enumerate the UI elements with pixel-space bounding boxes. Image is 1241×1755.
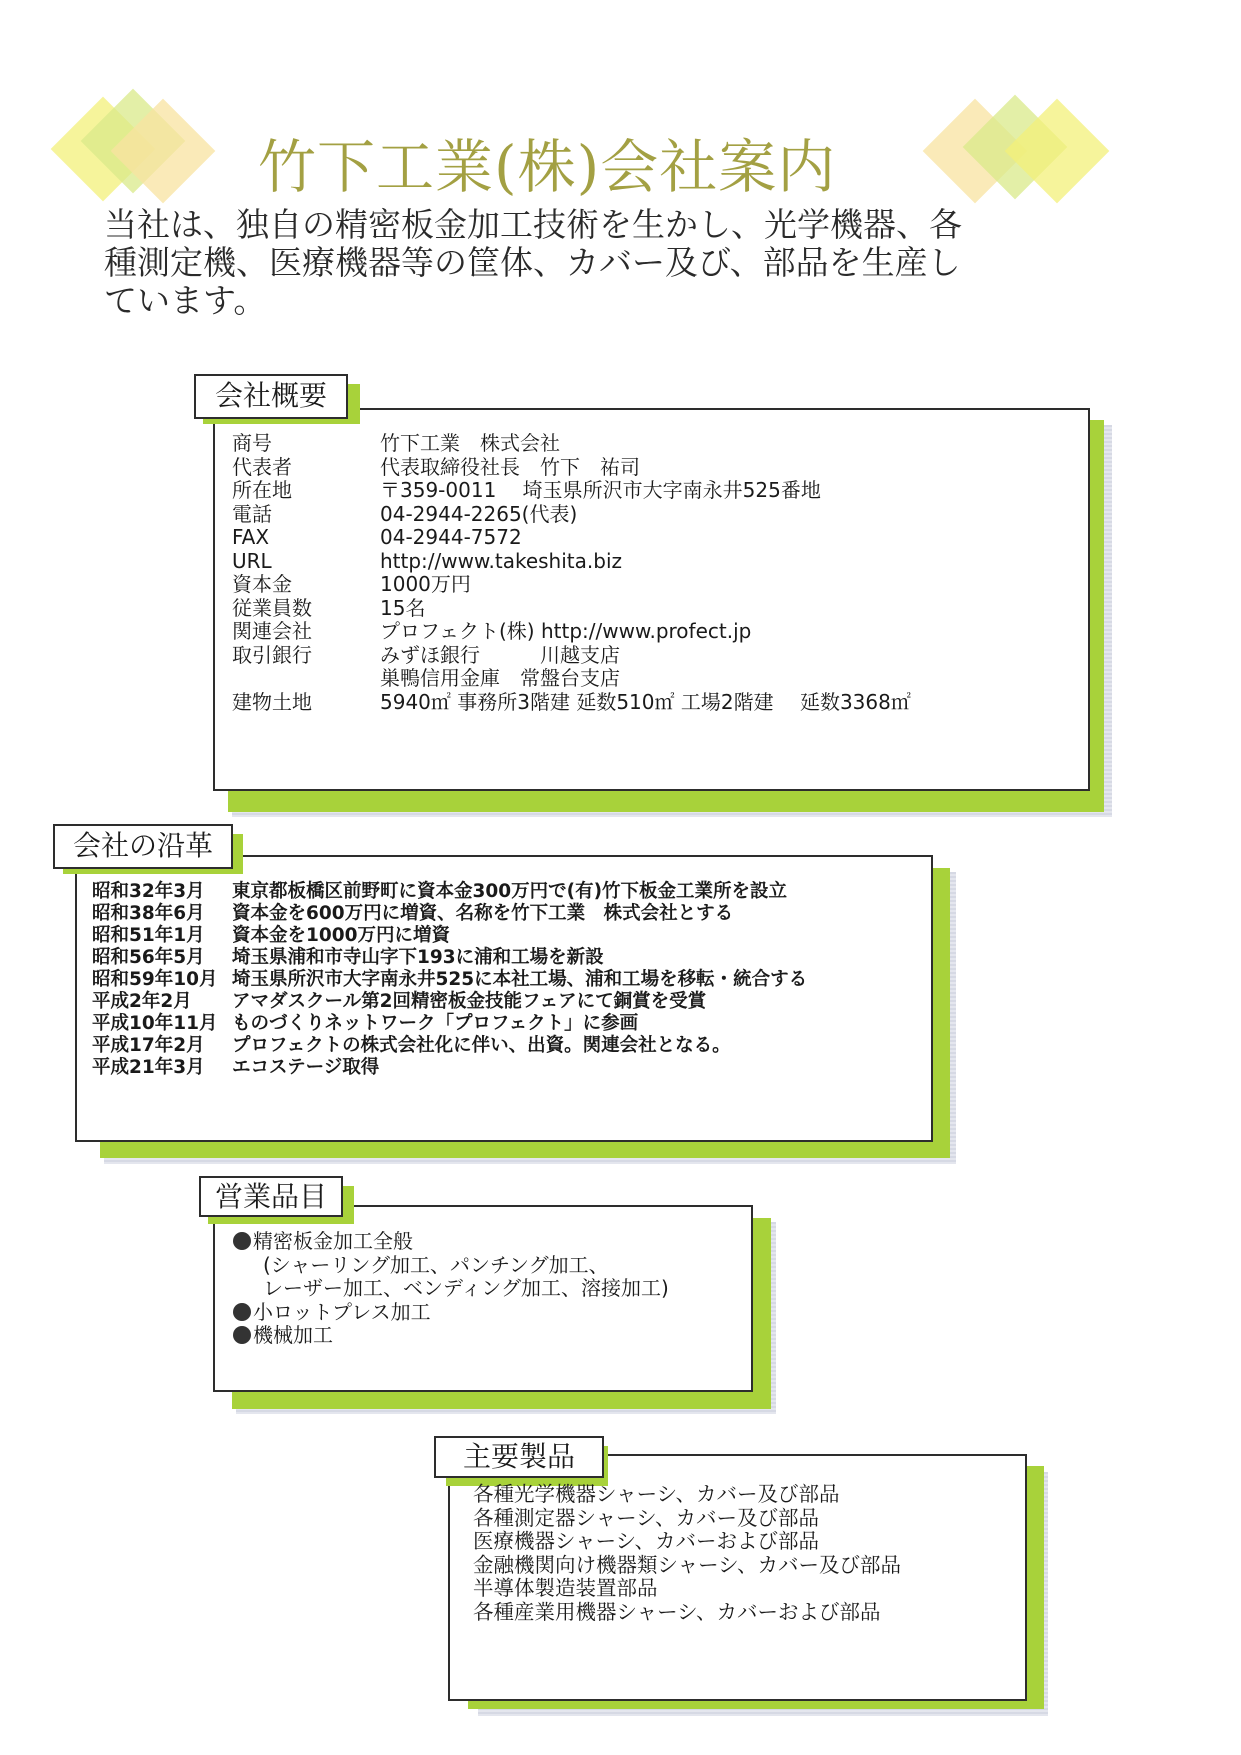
history-date: 平成2年2月 — [92, 991, 232, 1013]
info-row: 巣鴨信用金庫 常盤台支店 — [232, 667, 911, 691]
info-row: 資本金1000万円 — [232, 573, 911, 597]
history-date: 平成17年2月 — [92, 1035, 232, 1057]
history-event: アマダスクール第2回精密板金技能フェアにて銅賞を受賞 — [232, 991, 706, 1013]
business-item-detail: (シャーリング加工、パンチング加工、 — [233, 1254, 669, 1278]
main-products-list: 各種光学機器シャーシ、カバー及び部品 各種測定器シャーシ、カバー及び部品 医療機… — [473, 1483, 901, 1624]
page-title: 竹下工業(株)会社案内 — [258, 120, 836, 204]
intro-line: 当社は、独自の精密板金加工技術を生かし、光学機器、各 — [104, 206, 1064, 244]
diamond-ornament-left — [52, 96, 212, 206]
history-row: 昭和56年5月埼玉県浦和市寺山字下193に浦和工場を新設 — [92, 947, 807, 969]
info-key: 電話 — [232, 503, 380, 527]
section-heading-company-overview: 会社概要 — [194, 374, 348, 419]
history-row: 昭和38年6月資本金を600万円に増資、名称を竹下工業 株式会社とする — [92, 903, 807, 925]
info-key: 建物土地 — [232, 691, 380, 715]
info-value: 15名 — [380, 597, 425, 621]
history-row: 昭和51年1月資本金を1000万円に増資 — [92, 925, 807, 947]
bullet-circle-icon — [233, 1326, 251, 1344]
info-key: FAX — [232, 526, 380, 550]
history-date: 平成21年3月 — [92, 1057, 232, 1079]
info-value: 5940㎡ 事務所3階建 延数510㎡ 工場2階建 延数3368㎡ — [380, 691, 911, 715]
intro-line: 種測定機、医療機器等の筐体、カバー及び、部品を生産し — [104, 244, 1064, 282]
info-row: FAX04-2944-7572 — [232, 526, 911, 550]
company-url-link[interactable]: http://www.takeshita.biz — [380, 550, 622, 574]
info-key: 代表者 — [232, 456, 380, 480]
history-date: 昭和38年6月 — [92, 903, 232, 925]
info-row: 取引銀行みずほ銀行 川越支店 — [232, 644, 911, 668]
info-key: URL — [232, 550, 380, 574]
info-row: URLhttp://www.takeshita.biz — [232, 550, 911, 574]
info-key: 商号 — [232, 432, 380, 456]
history-date: 昭和59年10月 — [92, 969, 232, 991]
history-row: 昭和59年10月埼玉県所沢市大字南永井525に本社工場、浦和工場を移転・統合する — [92, 969, 807, 991]
product-item: 金融機関向け機器類シャーシ、カバー及び部品 — [473, 1554, 901, 1578]
section-heading-business-items: 営業品目 — [199, 1176, 343, 1217]
info-value: みずほ銀行 川越支店 — [380, 644, 620, 668]
history-event: 東京都板橋区前野町に資本金300万円で(有)竹下板金工業所を設立 — [232, 881, 787, 903]
business-item-detail: レーザー加工、ベンディング加工、溶接加工) — [233, 1277, 669, 1301]
info-row: 所在地〒359-0011 埼玉県所沢市大字南永井525番地 — [232, 479, 911, 503]
business-item: 精密板金加工全般 — [233, 1230, 669, 1254]
related-company-value: プロフェクト(株) http://www.profect.jp — [380, 620, 751, 644]
info-value: 代表取締役社長 竹下 祐司 — [380, 456, 640, 480]
info-value: 04-2944-2265(代表) — [380, 503, 577, 527]
product-item: 各種測定器シャーシ、カバー及び部品 — [473, 1507, 901, 1531]
info-value: 04-2944-7572 — [380, 526, 522, 550]
info-row: 建物土地5940㎡ 事務所3階建 延数510㎡ 工場2階建 延数3368㎡ — [232, 691, 911, 715]
history-event: 埼玉県所沢市大字南永井525に本社工場、浦和工場を移転・統合する — [232, 969, 807, 991]
info-value: 巣鴨信用金庫 常盤台支店 — [380, 667, 620, 691]
history-event: プロフェクトの株式会社化に伴い、出資。関連会社となる。 — [232, 1035, 731, 1057]
history-event: 埼玉県浦和市寺山字下193に浦和工場を新設 — [232, 947, 604, 969]
bullet-circle-icon — [233, 1303, 251, 1321]
bullet-circle-icon — [233, 1232, 251, 1250]
history-row: 平成17年2月 プロフェクトの株式会社化に伴い、出資。関連会社となる。 — [92, 1035, 807, 1057]
history-date: 昭和56年5月 — [92, 947, 232, 969]
history-row: 平成10年11月ものづくりネットワーク「プロフェクト」に参画 — [92, 1013, 807, 1035]
info-key: 所在地 — [232, 479, 380, 503]
section-heading-history: 会社の沿革 — [53, 824, 233, 869]
intro-line: ています。 — [104, 282, 1064, 320]
intro-paragraph: 当社は、独自の精密板金加工技術を生かし、光学機器、各 種測定機、医療機器等の筐体… — [104, 206, 1064, 320]
info-row: 従業員数15名 — [232, 597, 911, 621]
company-overview-table: 商号竹下工業 株式会社 代表者代表取締役社長 竹下 祐司 所在地〒359-001… — [232, 432, 911, 714]
product-item: 各種光学機器シャーシ、カバー及び部品 — [473, 1483, 901, 1507]
history-date: 平成10年11月 — [92, 1013, 232, 1035]
history-date: 昭和32年3月 — [92, 881, 232, 903]
info-key — [232, 667, 380, 691]
business-item: 機械加工 — [233, 1324, 669, 1348]
diamond-ornament-right — [920, 96, 1080, 206]
business-item: 小ロットプレス加工 — [233, 1301, 669, 1325]
info-row: 電話04-2944-2265(代表) — [232, 503, 911, 527]
section-heading-main-products: 主要製品 — [434, 1436, 604, 1478]
info-row: 関連会社プロフェクト(株) http://www.profect.jp — [232, 620, 911, 644]
history-list: 昭和32年3月東京都板橋区前野町に資本金300万円で(有)竹下板金工業所を設立 … — [92, 881, 807, 1079]
product-item: 各種産業用機器シャーシ、カバーおよび部品 — [473, 1601, 901, 1625]
history-event: 資本金を600万円に増資、名称を竹下工業 株式会社とする — [232, 903, 733, 925]
info-value: 竹下工業 株式会社 — [380, 432, 560, 456]
history-row: 平成2年2月アマダスクール第2回精密板金技能フェアにて銅賞を受賞 — [92, 991, 807, 1013]
product-item: 医療機器シャーシ、カバーおよび部品 — [473, 1530, 901, 1554]
info-key: 従業員数 — [232, 597, 380, 621]
info-row: 商号竹下工業 株式会社 — [232, 432, 911, 456]
product-item: 半導体製造装置部品 — [473, 1577, 901, 1601]
business-items-list: 精密板金加工全般 (シャーリング加工、パンチング加工、 レーザー加工、ベンディン… — [233, 1230, 669, 1348]
history-date: 昭和51年1月 — [92, 925, 232, 947]
info-value: 〒359-0011 埼玉県所沢市大字南永井525番地 — [380, 479, 821, 503]
history-event: ものづくりネットワーク「プロフェクト」に参画 — [232, 1013, 638, 1035]
info-value: 1000万円 — [380, 573, 471, 597]
history-event: エコステージ取得 — [232, 1057, 379, 1079]
info-key: 取引銀行 — [232, 644, 380, 668]
info-key: 資本金 — [232, 573, 380, 597]
info-key: 関連会社 — [232, 620, 380, 644]
history-row: 昭和32年3月東京都板橋区前野町に資本金300万円で(有)竹下板金工業所を設立 — [92, 881, 807, 903]
info-row: 代表者代表取締役社長 竹下 祐司 — [232, 456, 911, 480]
history-event: 資本金を1000万円に増資 — [232, 925, 450, 947]
history-row: 平成21年3月 エコステージ取得 — [92, 1057, 807, 1079]
